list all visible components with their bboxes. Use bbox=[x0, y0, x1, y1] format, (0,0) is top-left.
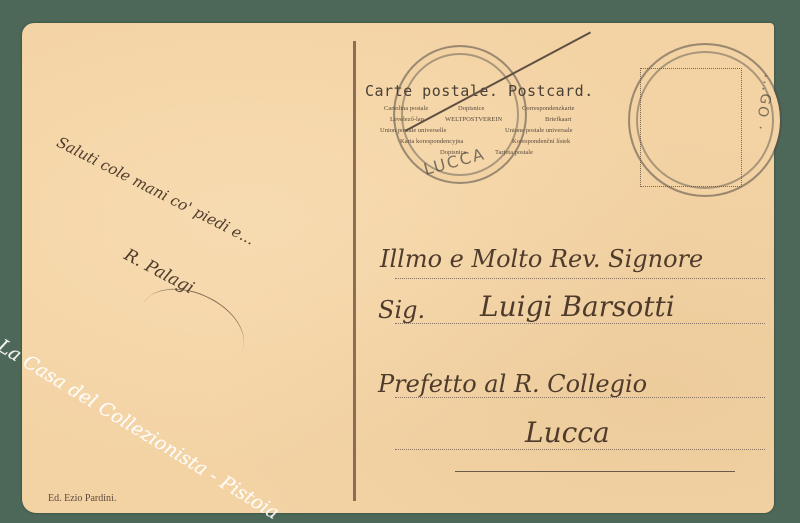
lang-label: Tarjeta postale bbox=[495, 149, 533, 156]
address-rule bbox=[395, 278, 765, 279]
publisher-credit: Ed. Ezio Pardini. bbox=[48, 493, 116, 504]
lang-label: Dopisnica bbox=[440, 149, 466, 156]
address-rule bbox=[455, 471, 735, 472]
header-languages: Cartolina postale Dopisnice Corresponden… bbox=[360, 105, 620, 165]
address-line-3: Prefetto al R. Collegio bbox=[378, 370, 647, 398]
address-rule bbox=[395, 449, 765, 450]
address-line-1: Illmo e Molto Rev. Signore bbox=[380, 245, 703, 273]
address-rule bbox=[395, 323, 765, 324]
center-divider bbox=[353, 41, 356, 501]
lang-label: WELTPOSTVEREIN bbox=[445, 116, 502, 123]
lang-label: Dopisnice bbox=[458, 105, 484, 112]
lang-label: Union postale universelle bbox=[380, 127, 446, 134]
stamp-placeholder-box bbox=[640, 68, 742, 187]
lang-label: Briefkaart bbox=[545, 116, 571, 123]
lang-label: Karta korespondencyjna bbox=[400, 138, 463, 145]
handwritten-message: Saluti cole mani co' piedi e... bbox=[54, 133, 258, 249]
lang-label: Cartolina postale bbox=[384, 105, 428, 112]
address-rule bbox=[395, 397, 765, 398]
address-line-4-city: Lucca bbox=[525, 416, 610, 449]
lang-label: Unione postale universale bbox=[505, 127, 573, 134]
address-line-2-name: Luigi Barsotti bbox=[480, 290, 675, 323]
address-line-2-prefix: Sig. bbox=[378, 296, 425, 324]
lang-label: Korespondenční lístek bbox=[512, 138, 570, 145]
lang-label: Correspondenzkarte bbox=[522, 105, 574, 112]
